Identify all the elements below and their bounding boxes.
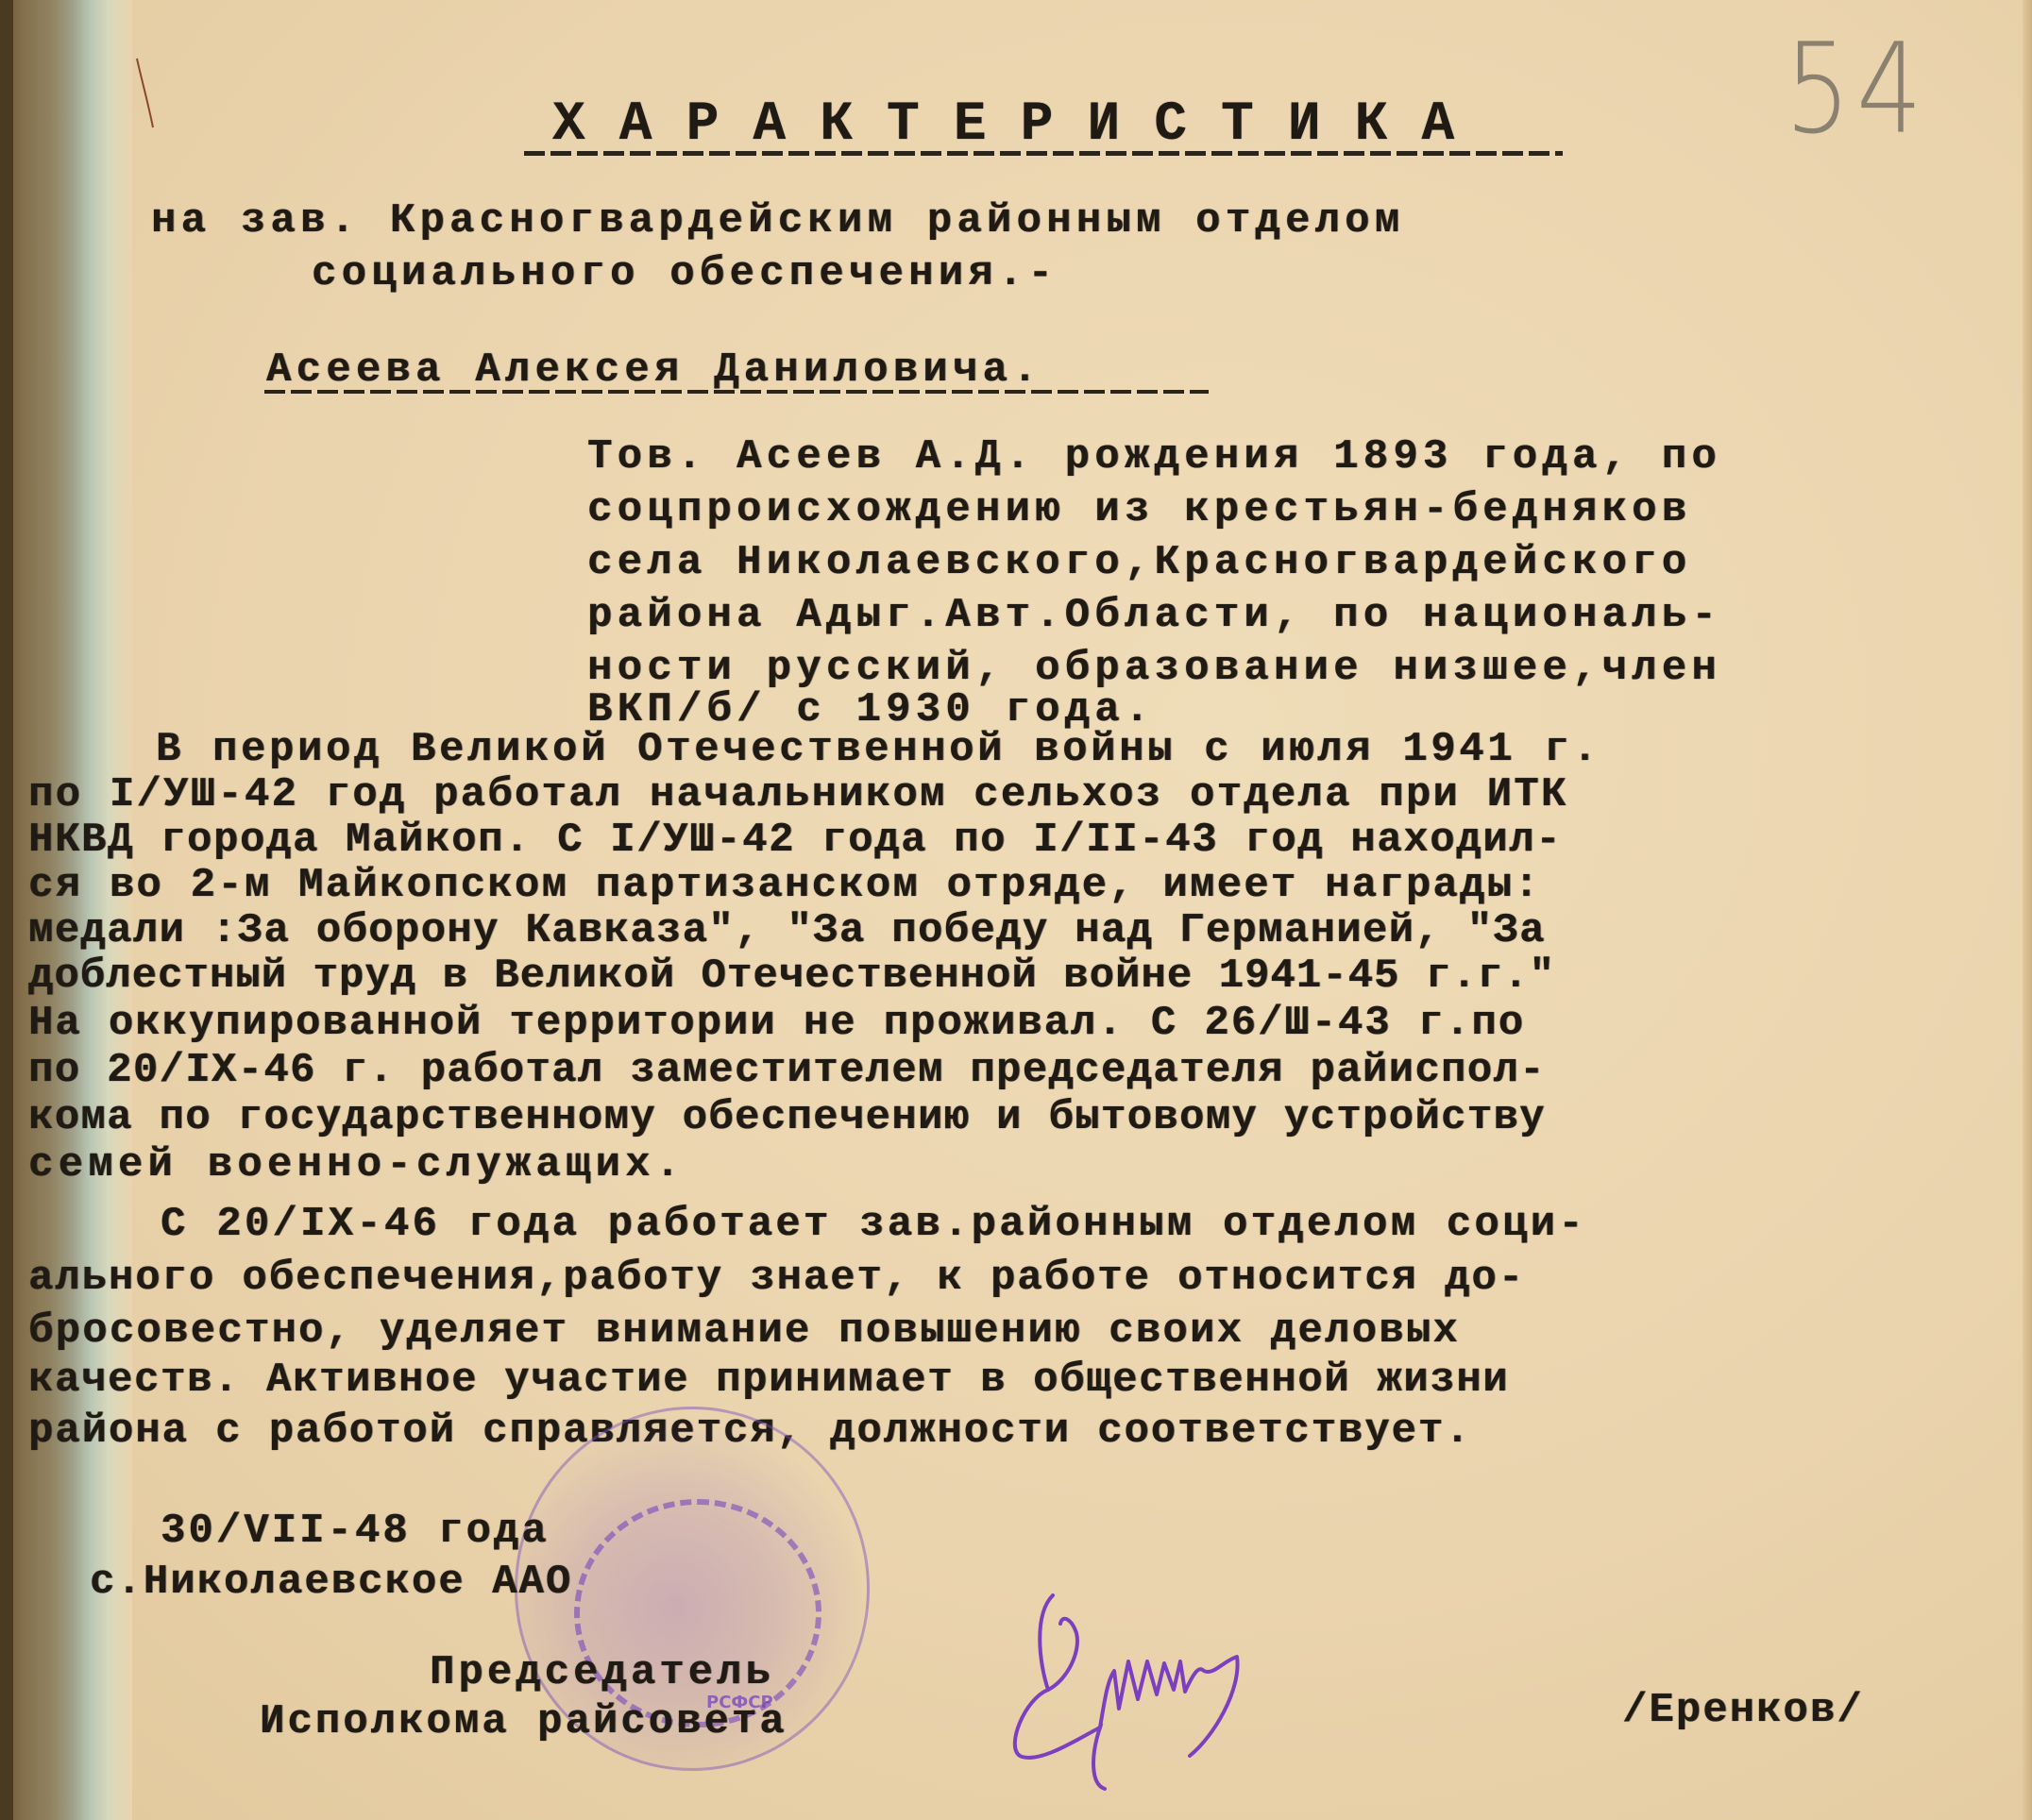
margin-pencil-mark (132, 57, 161, 132)
subject-line-2: социального обеспечения.- (312, 253, 1058, 295)
p2-line-2: по I/УШ-42 год работал начальником сельх… (28, 774, 1567, 816)
p3-line-3: бросовестно, уделяет внимание повышению … (28, 1310, 1460, 1352)
p2-line-3: НКВД города Майкоп. С I/УШ-42 года по I/… (28, 819, 1562, 861)
p3-line-4: качеств. Активное участие принимает в об… (28, 1359, 1509, 1401)
folio-number: 54 (1785, 16, 1928, 161)
place-line: с.Николаевское ААО (90, 1561, 572, 1603)
p3-line-2: ального обеспечения,работу знает, к рабо… (28, 1257, 1525, 1299)
p1-line-6: ВКП/б/ с 1930 года. (587, 689, 1154, 731)
p2-line-5: медали :За оборону Кавказа", "За победу … (28, 910, 1546, 952)
p1-line-3: села Николаевского,Красногвардейского (587, 542, 1691, 583)
person-name: Асеева Алексея Даниловича. (266, 349, 1042, 391)
p1-line-1: Тов. Асеев А.Д. рождения 1893 года, по (587, 436, 1721, 478)
p1-line-5: ности русский, образование низшее,член (587, 648, 1721, 689)
p3-line-1: С 20/IX-46 года работает зав.районным от… (161, 1204, 1586, 1245)
p2-line-8: по 20/IX-46 г. работал заместителем пред… (28, 1050, 1546, 1091)
p2-line-1: В период Великой Отечественной войны с и… (156, 729, 1600, 770)
p1-line-2: соцпроисхождению из крестьян-бедняков (587, 489, 1691, 531)
name-underline (264, 390, 1209, 394)
title-underline (524, 151, 1563, 156)
p2-line-7: На оккупированной территории не проживал… (28, 1003, 1525, 1044)
document-page: 54 ХАРАКТЕРИСТИКА на зав. Красногвардейс… (0, 0, 2032, 1820)
handwritten-signature (996, 1586, 1412, 1794)
date-line: 30/VII-48 года (161, 1510, 550, 1552)
signatory-title-2: Исполкома райсовета (260, 1701, 787, 1743)
p2-line-4: ся во 2-м Майкопском партизанском отряде… (28, 865, 1541, 906)
signatory-name: /Еренков/ (1622, 1690, 1864, 1731)
signatory-title-1: Председатель (430, 1652, 774, 1694)
p2-line-9: кома по государственному обеспечению и б… (28, 1097, 1546, 1138)
document-title: ХАРАКТЕРИСТИКА (552, 94, 1488, 156)
p1-line-4: района Адыг.Авт.Области, по националь- (587, 595, 1721, 636)
p2-line-10: семей военно-служащих. (28, 1144, 685, 1186)
page-edge (2023, 0, 2032, 1820)
subject-line-1: на зав. Красногвардейским районным отдел… (151, 200, 1404, 242)
p2-line-6: доблестный труд в Великой Отечественной … (28, 955, 1555, 997)
binding-edge (0, 0, 13, 1820)
